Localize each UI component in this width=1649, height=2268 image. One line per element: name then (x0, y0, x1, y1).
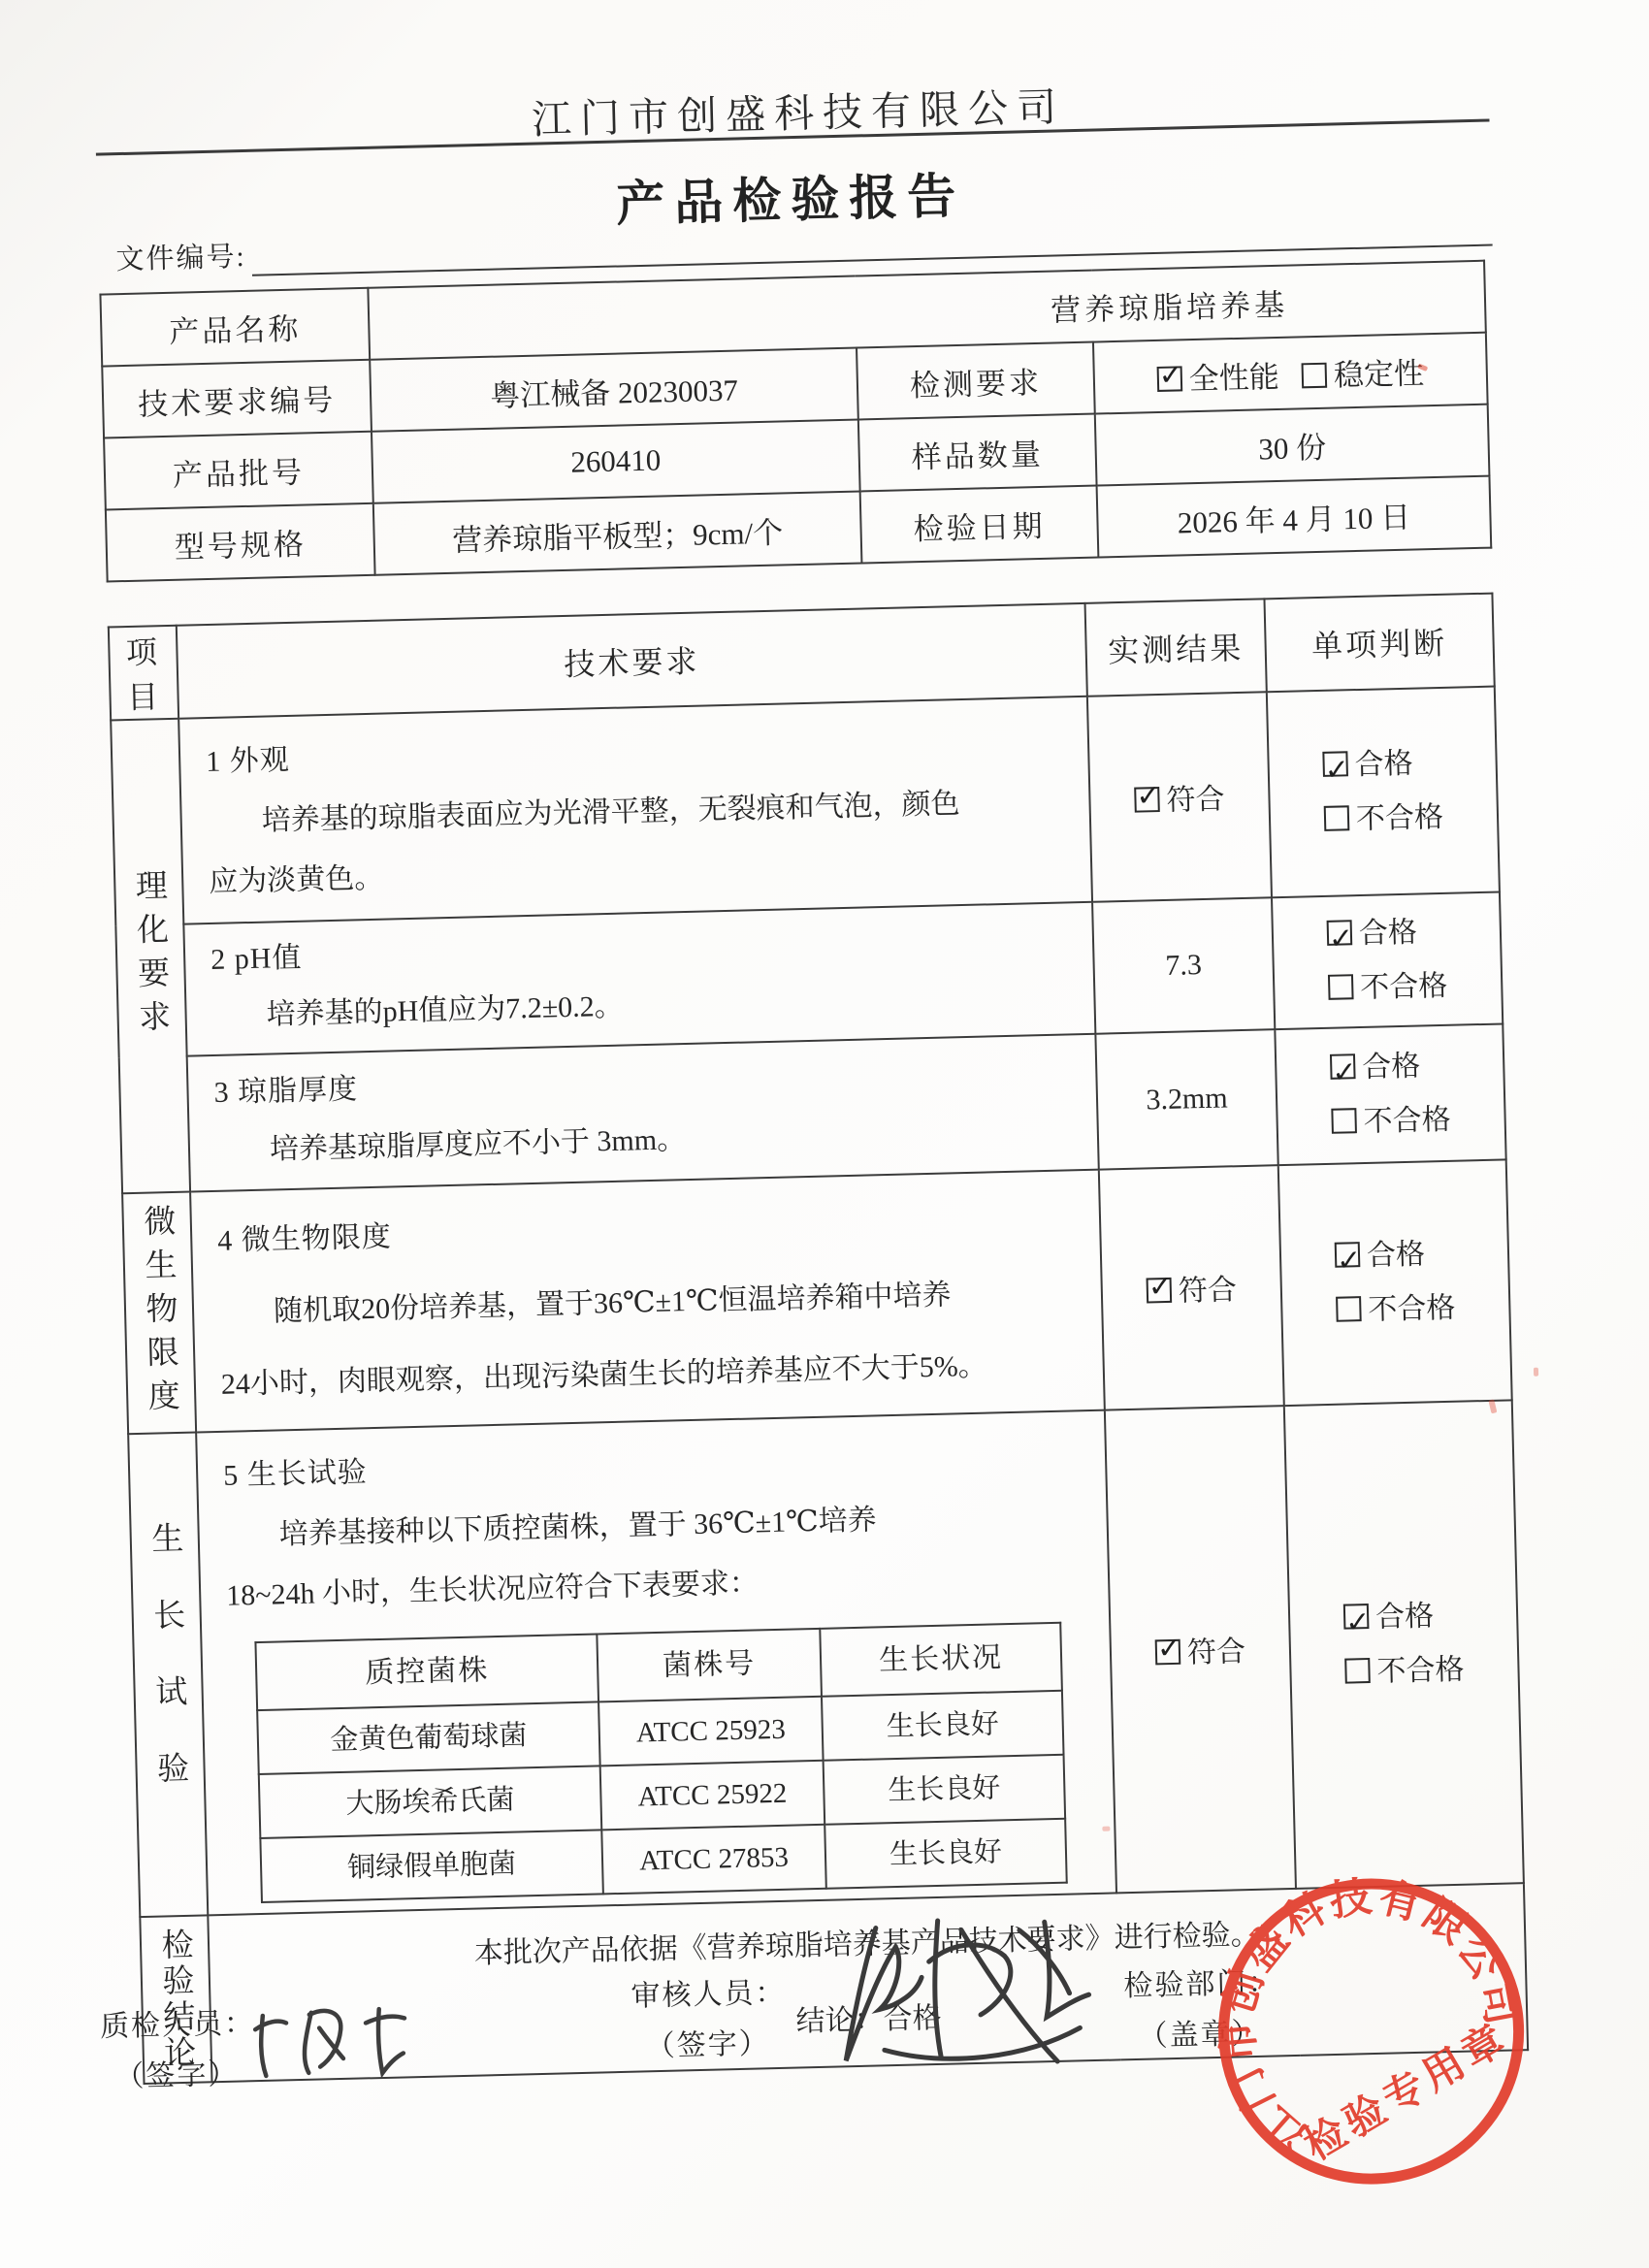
group-growth-cell: 生长试验 (128, 1433, 208, 1918)
growth-measured: 符合 (1105, 1406, 1296, 1893)
test-req-label: 检测要求 (857, 342, 1095, 420)
fail-checkbox-icon[interactable] (1328, 974, 1354, 1000)
page-content: 江门市创盛科技有限公司 产品检验报告 文件编号: 产品名称 营养琼脂培养基 技术… (0, 0, 1649, 2267)
thickness-requirement: 3 琼脂厚度 培养基琼脂厚度应不小于 3mm。 (187, 1034, 1099, 1192)
ph-judgment: 合格 不合格 (1272, 892, 1503, 1030)
tech-req-no-label: 技术要求编号 (102, 360, 372, 438)
col-header-item: 项目 (109, 626, 178, 721)
stability-label: 稳定性 (1334, 356, 1425, 392)
product-name-value: 营养琼脂培养基 (1051, 279, 1289, 329)
microbial-judgment: 合格 不合格 (1278, 1159, 1512, 1406)
stability-checkbox-icon[interactable] (1302, 362, 1328, 388)
full-performance-label: 全性能 (1188, 359, 1279, 395)
fail-checkbox-icon[interactable] (1331, 1108, 1357, 1134)
model-label: 型号规格 (106, 503, 375, 582)
growth-status-col-header: 生长状况 (820, 1623, 1062, 1697)
batch-value: 260410 (372, 420, 860, 503)
tech-req-no-value: 粤江械备 20230037 (370, 348, 858, 432)
test-req-cell: 全性能 稳定性 (1093, 333, 1488, 414)
document-number-label: 文件编号: (98, 235, 252, 280)
microbial-measured: 符合 (1099, 1165, 1284, 1409)
model-value: 营养琼脂平板型；9cm/个 (373, 491, 862, 574)
growth-strain-table: 质控菌株 菌株号 生长状况 金黄色葡萄球菌 ATCC 25923 生长良好 大肠… (254, 1622, 1067, 1903)
qc-signer-block: 质检人员： （签字） (99, 1998, 256, 2103)
batch-label: 产品批号 (104, 432, 373, 510)
microbial-requirement: 4 微生物限度 随机取20份培养基，置于36℃±1℃恒温培养箱中培养 24小时，… (190, 1170, 1105, 1433)
pass-checkbox-icon[interactable] (1343, 1604, 1370, 1630)
group-microbial-label: 微生物限度 (134, 1203, 184, 1422)
pass-checkbox-icon[interactable] (1322, 751, 1348, 777)
reviewer-block: 审核人员： （签字） (630, 1968, 788, 2073)
row-appearance: 理化要求 1 外观 培养基的琼脂表面应为光滑平整，无裂痕和气泡，颜色 应为淡黄色… (111, 687, 1500, 926)
product-name-label: 产品名称 (100, 288, 370, 367)
scanned-page: 江门市创盛科技有限公司 产品检验报告 文件编号: 产品名称 营养琼脂培养基 技术… (0, 0, 1649, 2268)
strain-no-col-header: 菌株号 (597, 1629, 822, 1702)
pass-checkbox-icon[interactable] (1335, 1242, 1361, 1268)
reviewer-sign-hint: （签字） (631, 2027, 770, 2062)
qc-signer-label: 质检人员： (100, 2007, 256, 2043)
conform-checkbox-icon[interactable] (1155, 1639, 1181, 1666)
ph-requirement: 2 pH值 培养基的pH值应为7.2±0.2。 (183, 902, 1095, 1056)
thickness-measured: 3.2mm (1095, 1029, 1277, 1169)
pass-checkbox-icon[interactable] (1327, 920, 1353, 946)
group-physchem-cell: 理化要求 (111, 719, 190, 1194)
appearance-measured: 符合 (1087, 692, 1272, 901)
thickness-judgment: 合格 不合格 (1275, 1023, 1505, 1165)
appearance-judgment: 合格 不合格 (1267, 687, 1500, 898)
ph-measured: 7.3 (1092, 897, 1275, 1033)
company-name: 江门市创盛科技有限公司 (3, 62, 1595, 158)
sample-qty-label: 样品数量 (858, 414, 1097, 492)
row-microbial: 微生物限度 4 微生物限度 随机取20份培养基，置于36℃±1℃恒温培养箱中培养… (122, 1159, 1512, 1434)
group-microbial-cell: 微生物限度 (122, 1192, 196, 1435)
qc-sign-hint: （签字） (101, 2058, 240, 2093)
fail-checkbox-icon[interactable] (1336, 1296, 1362, 1322)
conform-checkbox-icon[interactable] (1134, 787, 1160, 813)
fail-checkbox-icon[interactable] (1324, 805, 1350, 831)
date-value: 2026 年 4 月 10 日 (1097, 476, 1492, 558)
group-growth-label: 生长试验 (142, 1521, 195, 1829)
conclusion-result: 结论：合格 (795, 2002, 942, 2038)
fail-checkbox-icon[interactable] (1344, 1658, 1371, 1684)
growth-requirement: 5 生长试验 培养基接种以下质控菌株，置于 36℃±1℃培养 18~24h 小时… (196, 1410, 1116, 1916)
conform-checkbox-icon[interactable] (1147, 1278, 1173, 1304)
stamp-inner-text: 检验专用章 (1297, 2014, 1517, 2169)
full-performance-checkbox-icon[interactable] (1156, 366, 1182, 392)
reviewer-label: 审核人员： (630, 1977, 787, 2013)
group-physchem-label: 理化要求 (125, 868, 175, 1044)
col-header-judgment: 单项判断 (1264, 594, 1494, 693)
product-info-table: 产品名称 营养琼脂培养基 技术要求编号 粤江械备 20230037 检测要求 全… (99, 260, 1492, 583)
appearance-requirement: 1 外观 培养基的琼脂表面应为光滑平整，无裂痕和气泡，颜色 应为淡黄色。 (178, 697, 1092, 924)
date-label: 检验日期 (860, 486, 1099, 564)
scan-speck (1534, 1368, 1538, 1377)
sample-qty-value: 30 份 (1095, 405, 1490, 486)
strain-col-header: 质控菌株 (255, 1634, 598, 1710)
row-growth: 生长试验 5 生长试验 培养基接种以下质控菌株，置于 36℃±1℃培养 18~2… (128, 1400, 1524, 1917)
col-header-measured: 实测结果 (1085, 599, 1267, 696)
test-results-table: 项目 技术要求 实测结果 单项判断 理化要求 1 外观 培养基的琼脂表面应为光滑… (108, 593, 1529, 2085)
growth-judgment: 合格 不合格 (1284, 1400, 1524, 1889)
pass-checkbox-icon[interactable] (1330, 1053, 1356, 1080)
scan-speck (1102, 1827, 1110, 1831)
